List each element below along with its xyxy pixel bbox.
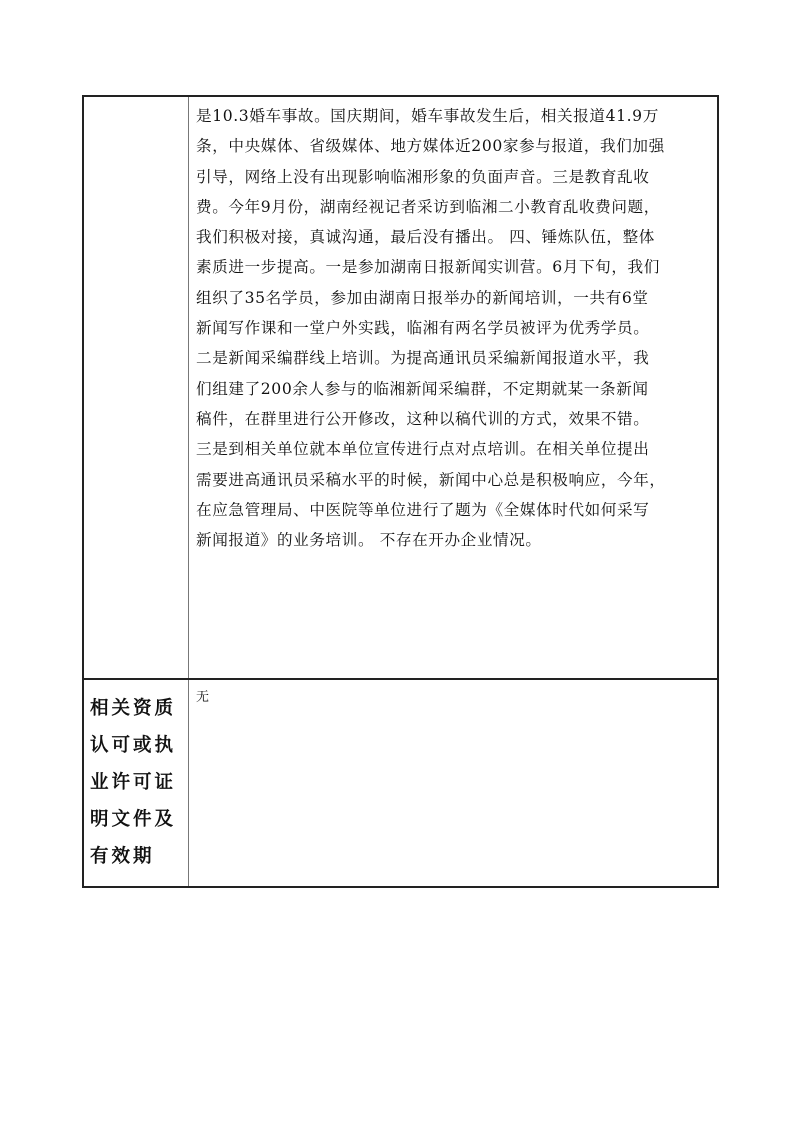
text-line: 我们积极对接，真诚沟通，最后没有播出。 四、锤炼队伍，整体 xyxy=(196,222,714,252)
text-line: 新闻报道》的业务培训。 不存在开办企业情况。 xyxy=(196,525,714,555)
report-table: 是10.3婚车事故。国庆期间，婚车事故发生后，相关报道41.9万 条，中央媒体、… xyxy=(82,95,719,888)
text-line: 需要进高通讯员采稿水平的时候，新闻中心总是积极响应，今年， xyxy=(196,465,714,495)
column-divider xyxy=(188,680,189,886)
text-line: 是10.3婚车事故。国庆期间，婚车事故发生后，相关报道41.9万 xyxy=(196,101,714,131)
text-line: 稿件，在群里进行公开修改，这种以稿代训的方式，效果不错。 xyxy=(196,404,714,434)
text-line: 条，中央媒体、省级媒体、地方媒体近200家参与报道，我们加强 xyxy=(196,131,714,161)
work-summary-text: 是10.3婚车事故。国庆期间，婚车事故发生后，相关报道41.9万 条，中央媒体、… xyxy=(196,101,714,555)
text-line: 二是新闻采编群线上培训。为提高通讯员采编新闻报道水平，我 xyxy=(196,343,714,373)
text-line: 新闻写作课和一堂户外实践，临湘有两名学员被评为优秀学员。 xyxy=(196,313,714,343)
text-line: 三是到相关单位就本单位宣传进行点对点培训。在相关单位提出 xyxy=(196,434,714,464)
text-line: 引导，网络上没有出现影响临湘形象的负面声音。三是教育乱收 xyxy=(196,162,714,192)
column-divider xyxy=(188,97,189,678)
text-line: 在应急管理局、中医院等单位进行了题为《全媒体时代如何采写 xyxy=(196,495,714,525)
qualifications-value: 无 xyxy=(196,686,209,705)
label-line: 认可或执 xyxy=(90,727,186,764)
label-line: 业许可证 xyxy=(90,764,186,801)
table-row-work-summary: 是10.3婚车事故。国庆期间，婚车事故发生后，相关报道41.9万 条，中央媒体、… xyxy=(84,97,717,680)
qualifications-label: 相关资质 认可或执 业许可证 明文件及 有效期 xyxy=(90,690,186,875)
text-line: 组织了35名学员，参加由湖南日报举办的新闻培训，一共有6堂 xyxy=(196,283,714,313)
label-line: 明文件及 xyxy=(90,801,186,838)
label-line: 相关资质 xyxy=(90,690,186,727)
text-line: 素质进一步提高。一是参加湖南日报新闻实训营。6月下旬，我们 xyxy=(196,252,714,282)
table-row-qualifications: 相关资质 认可或执 业许可证 明文件及 有效期 无 xyxy=(84,680,717,886)
label-line: 有效期 xyxy=(90,838,186,875)
text-line: 费。今年9月份，湖南经视记者采访到临湘二小教育乱收费问题， xyxy=(196,192,714,222)
text-line: 们组建了200余人参与的临湘新闻采编群，不定期就某一条新闻 xyxy=(196,374,714,404)
